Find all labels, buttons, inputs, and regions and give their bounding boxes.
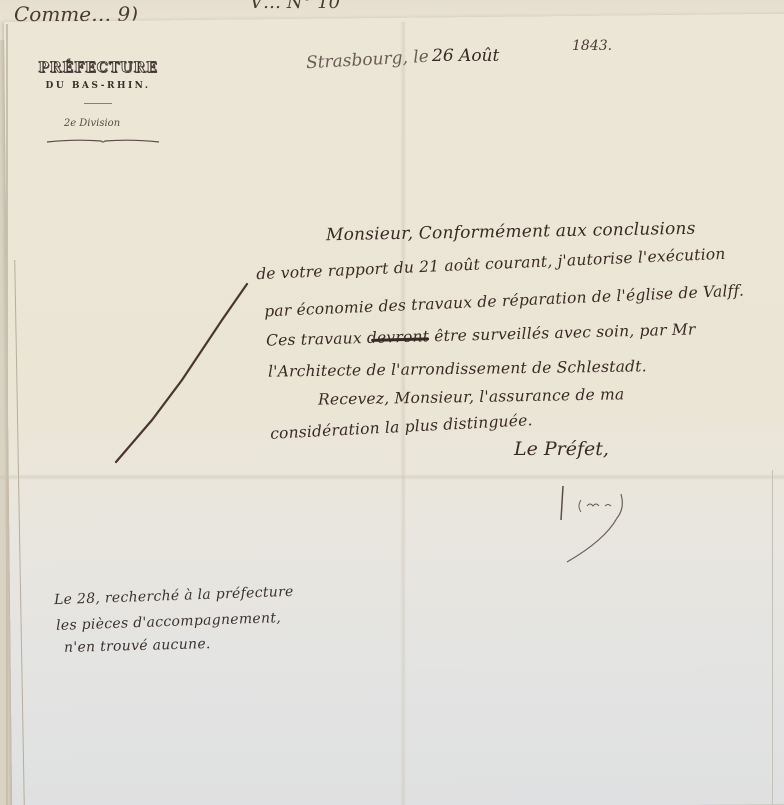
letterhead: PRÉFECTURE DU BAS-RHIN. 2e Division — [28, 60, 168, 148]
letter-closing: Le Préfet, — [514, 438, 609, 460]
sheet-right-edge — [772, 470, 773, 805]
vertical-fold-line — [400, 22, 406, 805]
dateline-day-month: 26 Août — [432, 46, 499, 66]
letterhead-subtitle: DU BAS-RHIN. — [28, 81, 168, 91]
letter-line-4-start: Ces travaux — [266, 329, 362, 349]
letterhead-rule — [84, 103, 112, 104]
struck-word: devront — [367, 327, 430, 347]
flourish-ornament-icon — [45, 138, 161, 144]
margin-stroke-mark — [112, 280, 252, 465]
horizontal-fold-line — [0, 474, 784, 480]
sheet-edge — [6, 24, 8, 805]
signature-mark-icon — [555, 478, 645, 568]
dateline-year: 1843. — [572, 38, 612, 54]
letterhead-division: 2e Division — [22, 118, 162, 129]
letterhead-title: PRÉFECTURE — [28, 60, 168, 76]
underlying-fragment-right: V… N° 10 — [250, 0, 340, 13]
